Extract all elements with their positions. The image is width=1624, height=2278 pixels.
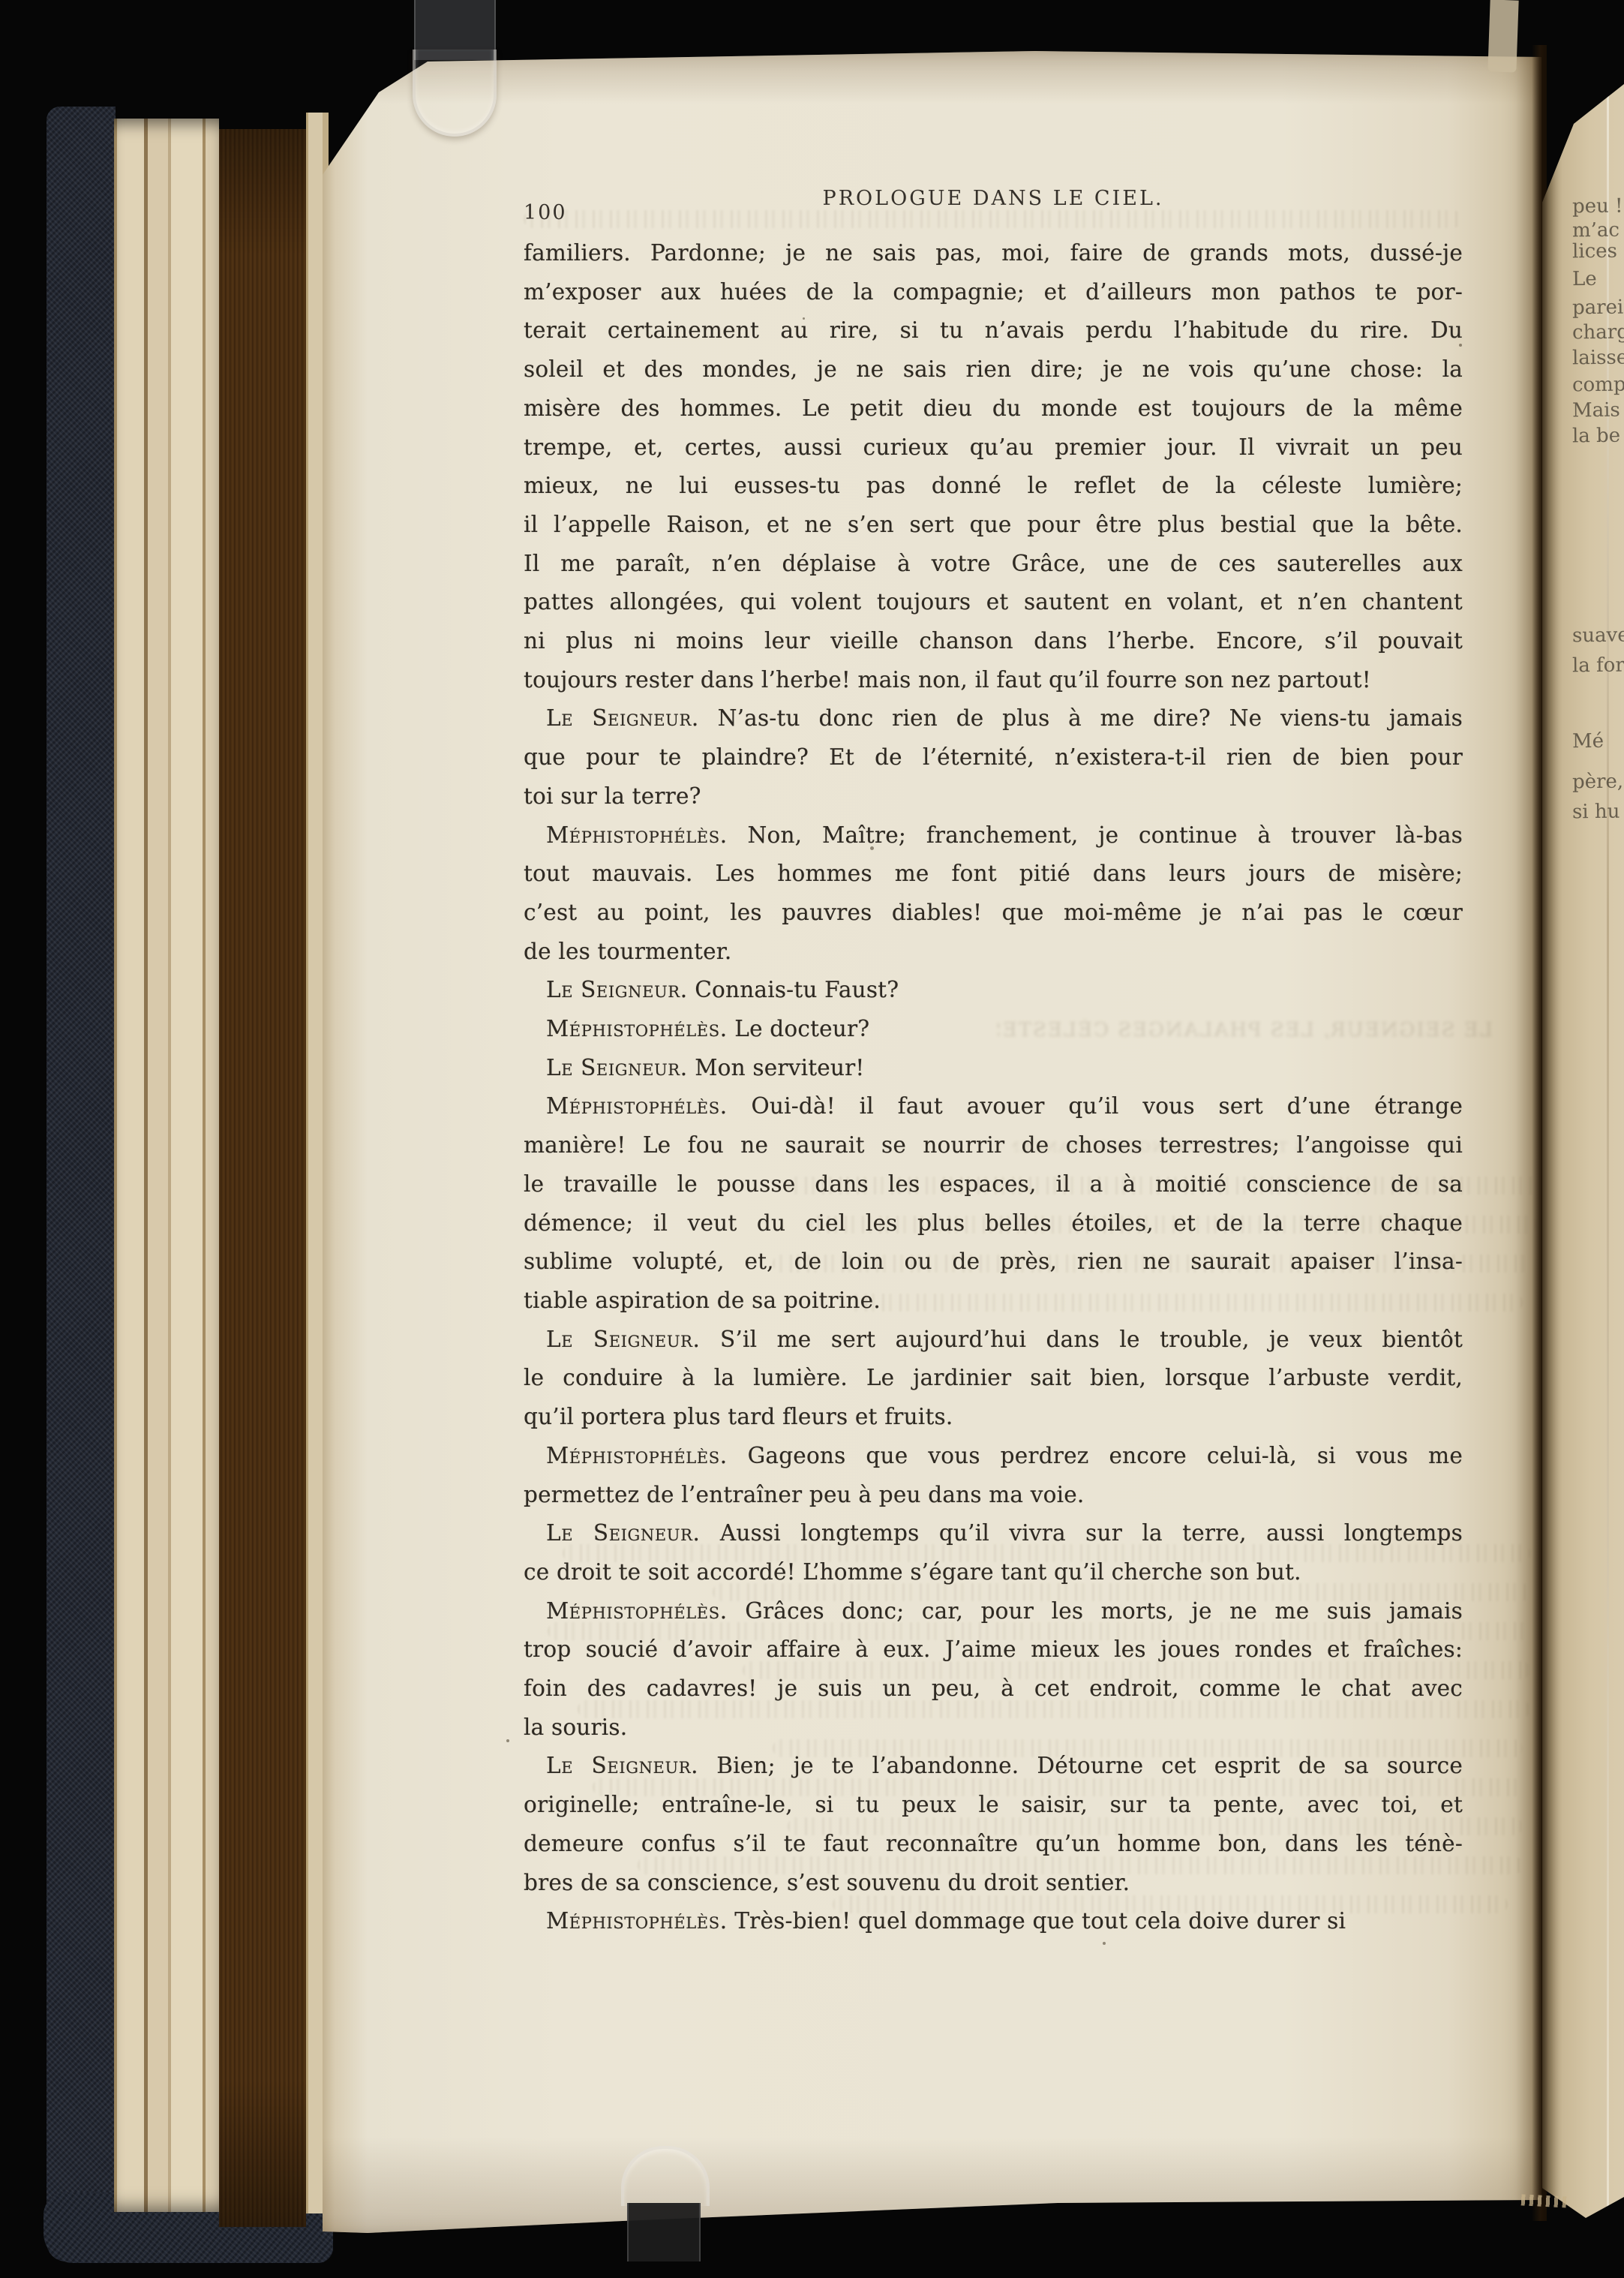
facing-page-fragment: charg [1572,321,1624,344]
text-line: la souris. [524,1708,1463,1748]
text-line: trempe, et, certes, aussi curieux qu’au … [524,428,1463,467]
speaker-name: Méphistophélès. [546,1598,728,1624]
facing-page-fragment: Mais [1572,399,1620,422]
speaker-name: Méphistophélès. [546,1443,728,1468]
facing-page-fragment: père, [1572,771,1623,794]
text-line: ce droit te soit accordé! L’homme s’égar… [524,1553,1463,1592]
paper-speck [506,1739,509,1742]
facing-page-fragment: parei [1572,296,1624,320]
text-line: tout mauvais. Les hommes me font pitié d… [524,855,1463,894]
text-line: démence; il veut du ciel les plus belles… [524,1204,1463,1243]
text-line: terait certainement au rire, si tu n’ava… [524,311,1463,350]
book-cover-cloth [47,107,116,2261]
paper-speck [803,317,805,320]
text-line: manière! Le fou ne saurait se nourrir de… [524,1126,1463,1165]
text-line: Le Seigneur. Mon serviteur! [524,1049,1463,1088]
text-line: Le Seigneur. S’il me sert aujourd’hui da… [524,1321,1463,1360]
text-line: trop soucié d’avoir affaire à eux. J’aim… [524,1630,1463,1669]
facing-page-fragment: la for [1572,654,1624,678]
paper-speck [1459,344,1462,347]
text-line: Le Seigneur. Aussi longtemps qu’il vivra… [524,1514,1463,1553]
facing-page-fragment: suave [1572,624,1624,648]
text-line: qu’il portera plus tard fleurs et fruits… [524,1398,1463,1437]
text-line: Méphistophélès. Gageons que vous perdrez… [524,1437,1463,1476]
text-line: Le Seigneur. Bien; je te l’abandonne. Dé… [524,1747,1463,1786]
text-line: Il me paraît, n’en déplaise à votre Grâc… [524,545,1463,584]
speaker-name: Méphistophélès. [546,822,728,848]
binding-stitches [1521,2194,1570,2207]
text-line: Méphistophélès. Oui-dà! il faut avouer q… [524,1087,1463,1126]
facing-page-edge: peu !m’aclicesLepareicharglaissecompMais… [1542,53,1624,2228]
text-line: foin des cadavres! je suis un peu, à cet… [524,1669,1463,1708]
speaker-name: Le Seigneur. [546,1327,701,1352]
show-through-line [524,210,1461,228]
text-line: le travaille le pousse dans les espaces,… [524,1165,1463,1204]
text-line: soleil et des mondes, je ne sais rien di… [524,350,1463,389]
text-line: Le Seigneur. Connais-tu Faust? [524,971,1463,1010]
text-line: que pour te plaindre? Et de l’éternité, … [524,738,1463,777]
text-line: tiable aspiration de sa poitrine. [524,1282,1463,1321]
flyleaf-page-edges [114,119,219,2212]
text-line: Le Seigneur. N’as-tu donc rien de plus à… [524,699,1463,738]
speaker-name: Méphistophélès. [546,1016,728,1041]
text-line: mieux, ne lui eusses-tu pas donné le ref… [524,467,1463,506]
speaker-name: Le Seigneur. [546,977,688,1002]
facing-page-fragment: laisse [1572,347,1624,370]
running-header: PROLOGUE DANS LE CIEL. [524,187,1463,210]
text-line: misère des hommes. Le petit dieu du mond… [524,389,1463,428]
text-line: de les tourmenter. [524,933,1463,972]
facing-page-fragment: Le [1572,268,1597,290]
text-line: bres de sa conscience, s’est souvenu du … [524,1864,1463,1903]
text-line: il l’appelle Raison, et ne s’en sert que… [524,506,1463,545]
text-line: sublime volupté, et, de loin ou de près,… [524,1243,1463,1282]
text-line: originelle; entraîne-le, si tu peux le s… [524,1786,1463,1825]
facing-page-fragment: Mé [1572,730,1604,753]
text-line: Méphistophélès. Très-bien! quel dommage … [524,1902,1463,1941]
paper-speck [870,846,874,850]
speaker-name: Le Seigneur. [546,705,699,731]
text-line: le conduire à la lumière. Le jardinier s… [524,1359,1463,1398]
scanner-clip-strap-bottom [627,2203,701,2261]
text-line: ni plus ni moins leur vieille chanson da… [524,622,1463,661]
text-line: Méphistophélès. Grâces donc; car, pour l… [524,1592,1463,1631]
text-line: Méphistophélès. Non, Maître; franchement… [524,816,1463,855]
facing-page-fragment: si hu [1572,801,1620,824]
facing-page-fragment: m’ac [1572,219,1619,242]
text-line: Méphistophélès. Le docteur? [524,1010,1463,1049]
body-text: familiers. Pardonne; je ne sais pas, moi… [524,234,1463,1941]
scanned-page: 100 PROLOGUE DANS LE CIEL. LE SEIGNEUR, … [323,51,1541,2234]
text-line: pattes allongées, qui volent toujours et… [524,583,1463,622]
text-line: familiers. Pardonne; je ne sais pas, moi… [524,234,1463,273]
scanner-strap-top-right [1487,0,1518,73]
text-line: toujours rester dans l’herbe! mais non, … [524,661,1463,700]
facing-page-fragment: la be [1572,425,1620,448]
fore-edge-page-stack [219,129,306,2227]
text-line: c’est au point, les pauvres diables! que… [524,894,1463,933]
speaker-name: Méphistophélès. [546,1093,728,1119]
facing-page-fragment: comp [1572,374,1624,397]
speaker-name: Le Seigneur. [546,1753,698,1778]
paper-speck [1103,1942,1106,1945]
text-line: toi sur la terre? [524,777,1463,816]
speaker-name: Méphistophélès. [546,1908,728,1934]
book-scan: 100 PROLOGUE DANS LE CIEL. LE SEIGNEUR, … [0,0,1624,2278]
scanner-clip-loop-top [413,50,497,137]
text-line: permettez de l’entraîner peu à peu dans … [524,1476,1463,1515]
speaker-name: Le Seigneur. [546,1055,688,1080]
facing-page-fragment: lices [1572,240,1617,263]
text-line: m’exposer aux huées de la compagnie; et … [524,273,1463,312]
speaker-name: Le Seigneur. [546,1520,701,1546]
text-line: demeure confus s’il te faut reconnaître … [524,1825,1463,1864]
facing-page-fragment: peu ! [1572,195,1623,218]
